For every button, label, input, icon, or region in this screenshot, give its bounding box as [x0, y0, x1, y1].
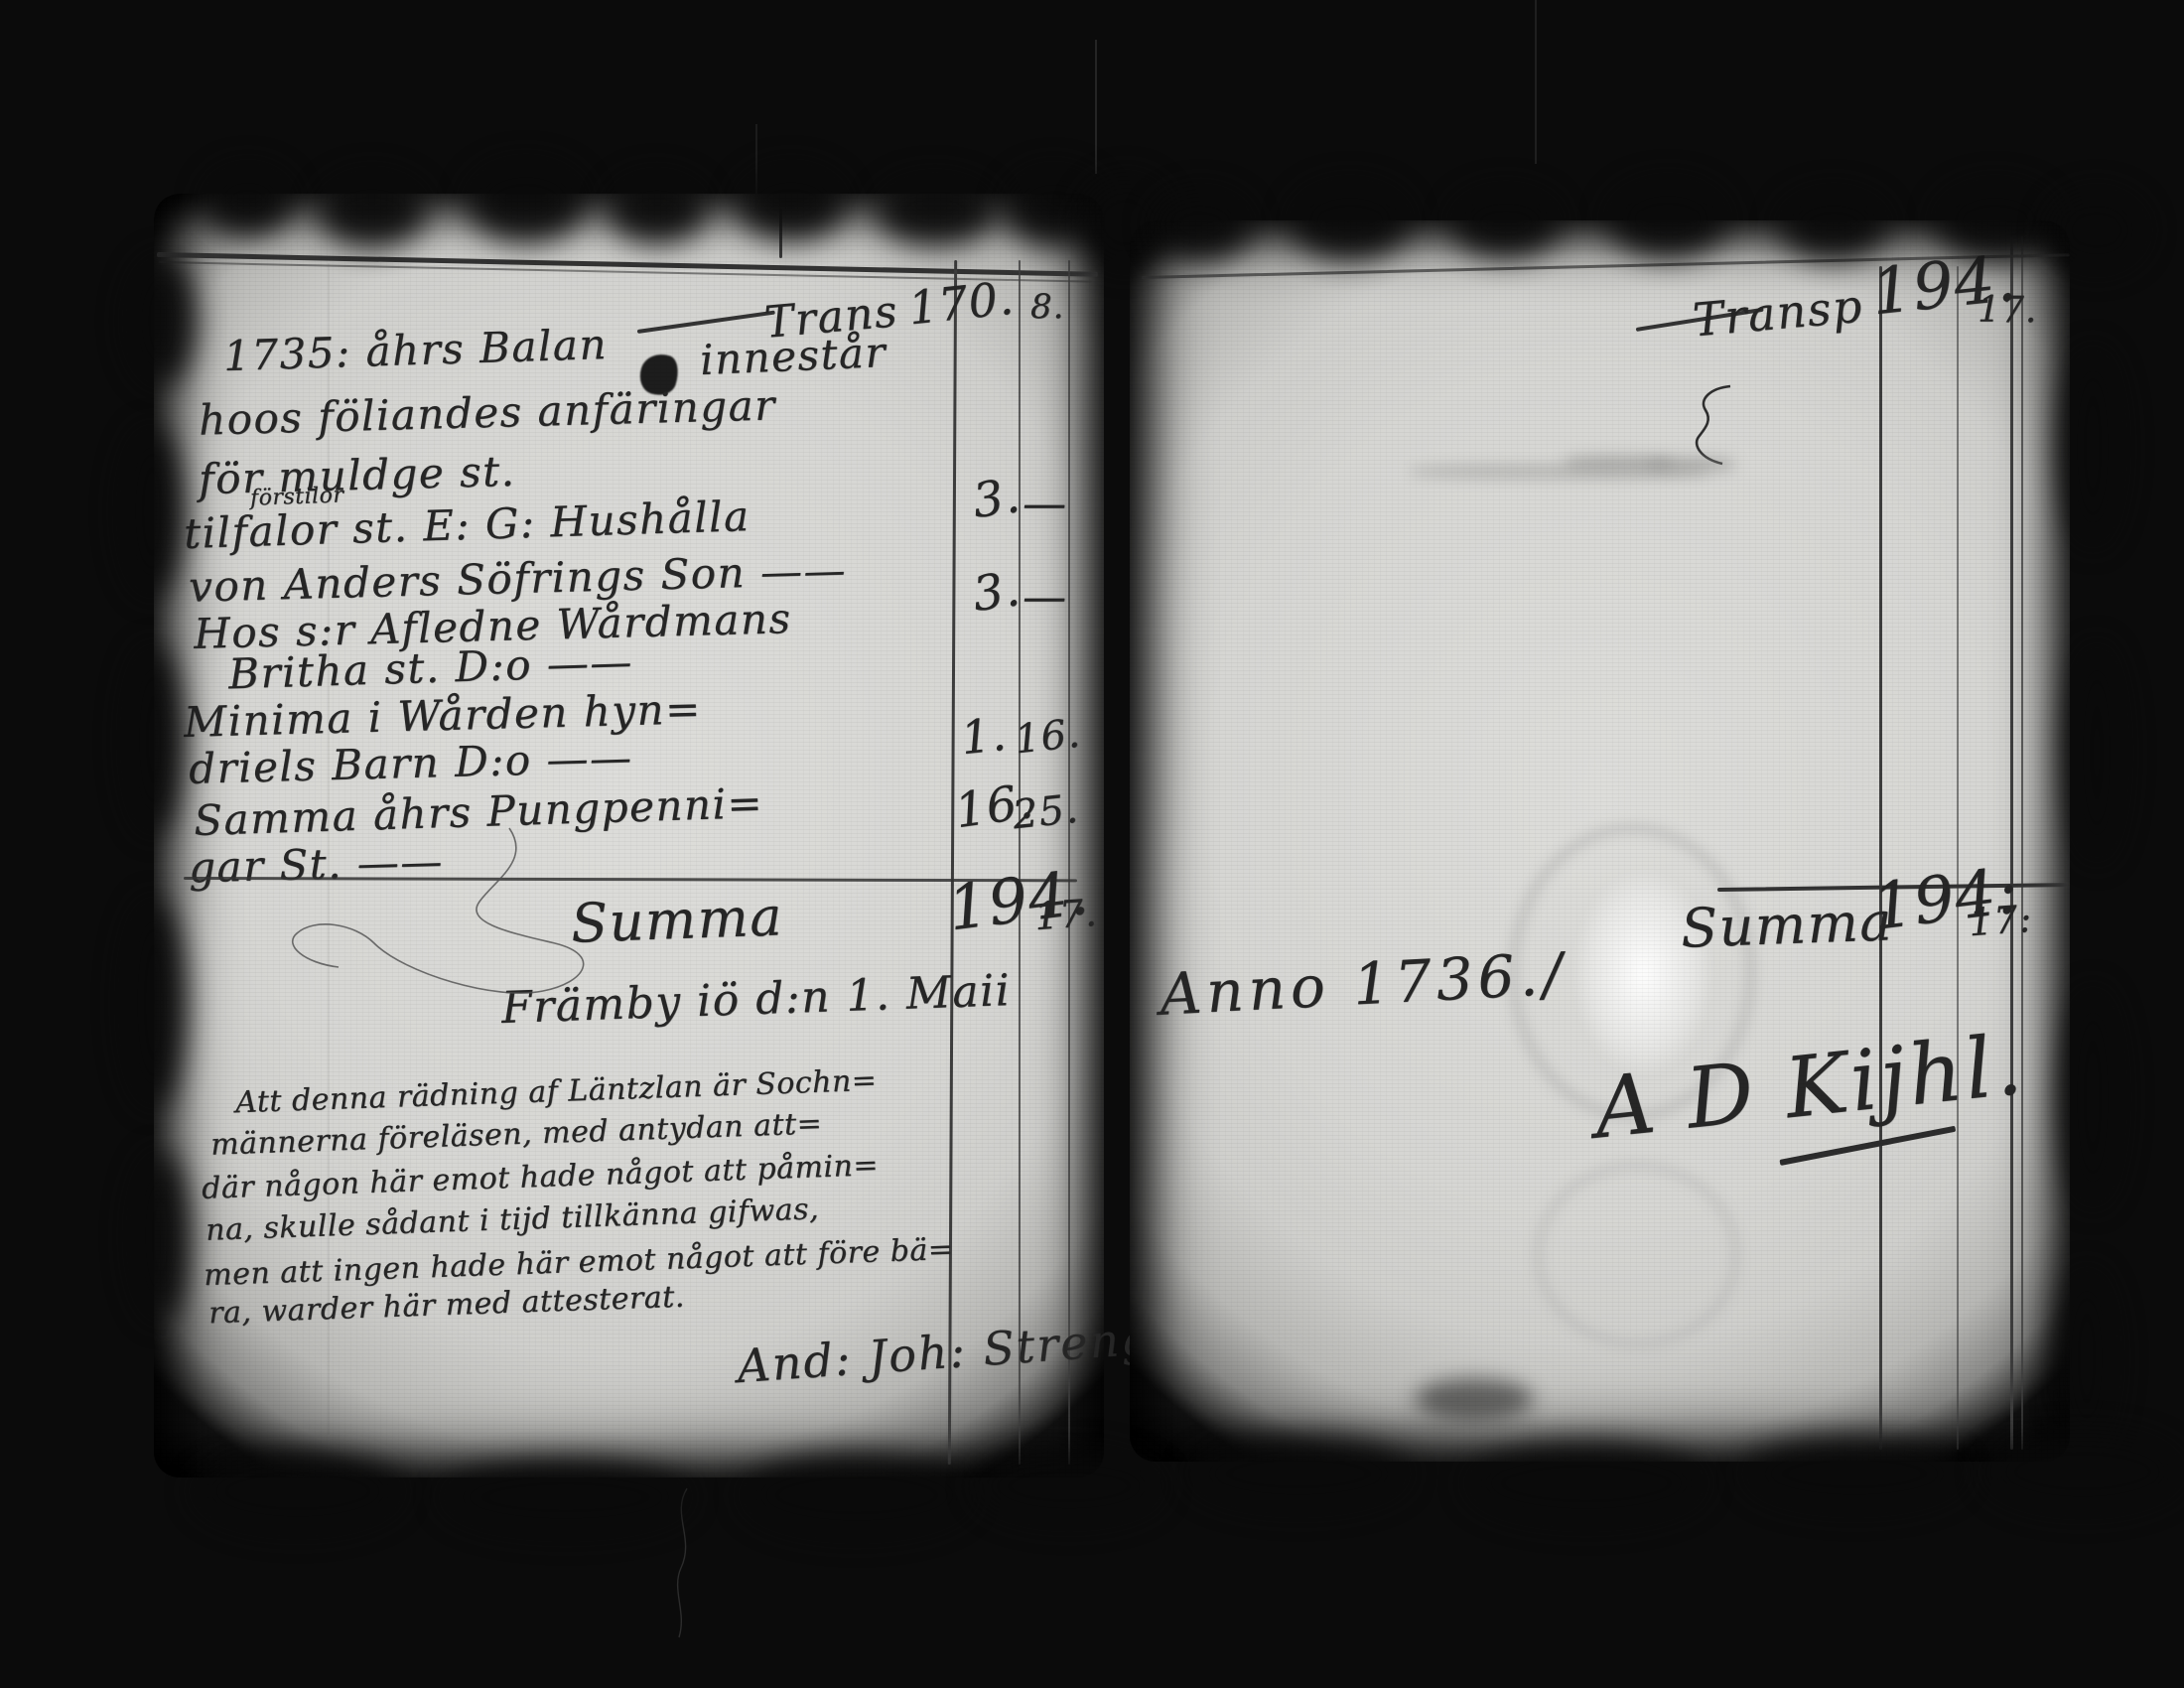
amount-ore-dash: —: [1023, 483, 1067, 526]
trans-ore-value: 8.: [1030, 290, 1064, 324]
right-summa-ore: 17:: [1968, 900, 2034, 941]
right-column-line-2: [1957, 266, 1959, 1450]
ledger-line: innestår: [699, 332, 887, 381]
edge-blob: [975, 1450, 1163, 1523]
edge-blob: [743, 1456, 971, 1535]
microfilm-frame: Trans 170. 8. 1735: åhrs Balan innestår …: [0, 0, 2184, 1688]
amount-ore: 25.: [1011, 789, 1080, 836]
edge-blob: [467, 162, 586, 243]
thread-squiggle-mark: [253, 822, 720, 1021]
edge-blob: [121, 427, 183, 596]
edge-blob: [125, 645, 183, 834]
edge-blob: [131, 1152, 191, 1321]
edge-blob: [1779, 191, 1888, 260]
amount-ore-dash: —: [1023, 576, 1067, 620]
edge-blob: [2057, 1269, 2116, 1448]
edge-blob: [318, 174, 427, 248]
transp-ore-value: 17.: [1978, 293, 2037, 329]
edge-blob: [1983, 1432, 2182, 1511]
edge-blob: [442, 1462, 690, 1533]
right-column-line-1: [1879, 266, 1882, 1450]
amount-daler: 3.: [970, 472, 1024, 525]
edge-blob: [1189, 1438, 1408, 1509]
trans-daler-value: 170.: [906, 275, 1017, 332]
amount-daler: 1.: [959, 711, 1009, 762]
edge-blob: [2063, 348, 2122, 546]
edge-blob: [1291, 183, 1410, 260]
amount-ore: 16.: [1013, 714, 1082, 761]
edge-blob: [2047, 191, 2146, 270]
right-summa-label: Summa: [1680, 895, 1894, 955]
edge-blob: [1451, 189, 1561, 258]
dark-smudge: [1415, 1378, 1534, 1420]
film-streak: [1535, 0, 1537, 164]
edge-blob: [127, 256, 197, 385]
right-edge-line-inner: [2021, 236, 2023, 1450]
ledger-line: för muldge st.: [199, 451, 516, 500]
film-streak: [1095, 40, 1097, 174]
amount-daler: 3.: [970, 565, 1024, 619]
edge-blob: [2063, 988, 2122, 1206]
edge-blob: [1745, 1438, 1964, 1509]
edge-blob: [1467, 1444, 1706, 1523]
left-summa-ore: 17.: [1033, 894, 1099, 935]
edge-blob: [608, 175, 707, 244]
ledger-line: 1735: åhrs Balan: [222, 324, 608, 377]
edge-blob: [1608, 181, 1727, 258]
edge-blob: [2069, 643, 2124, 862]
bleedthrough-smudge: [1646, 457, 1735, 473]
edge-blob: [123, 899, 185, 1107]
edge-blob: [876, 177, 995, 246]
ledger-line: driels Barn D:o ——: [189, 737, 633, 790]
edge-blob: [194, 1452, 402, 1531]
water-stain-ring: [1534, 1162, 1740, 1348]
edge-blob: [737, 167, 846, 241]
transp-label: Transp: [1691, 283, 1864, 344]
edge-blob: [1936, 183, 2055, 260]
edge-blob: [1152, 191, 1251, 260]
edge-blob: [204, 167, 293, 236]
right-edge-line-outer: [2010, 236, 2013, 1450]
